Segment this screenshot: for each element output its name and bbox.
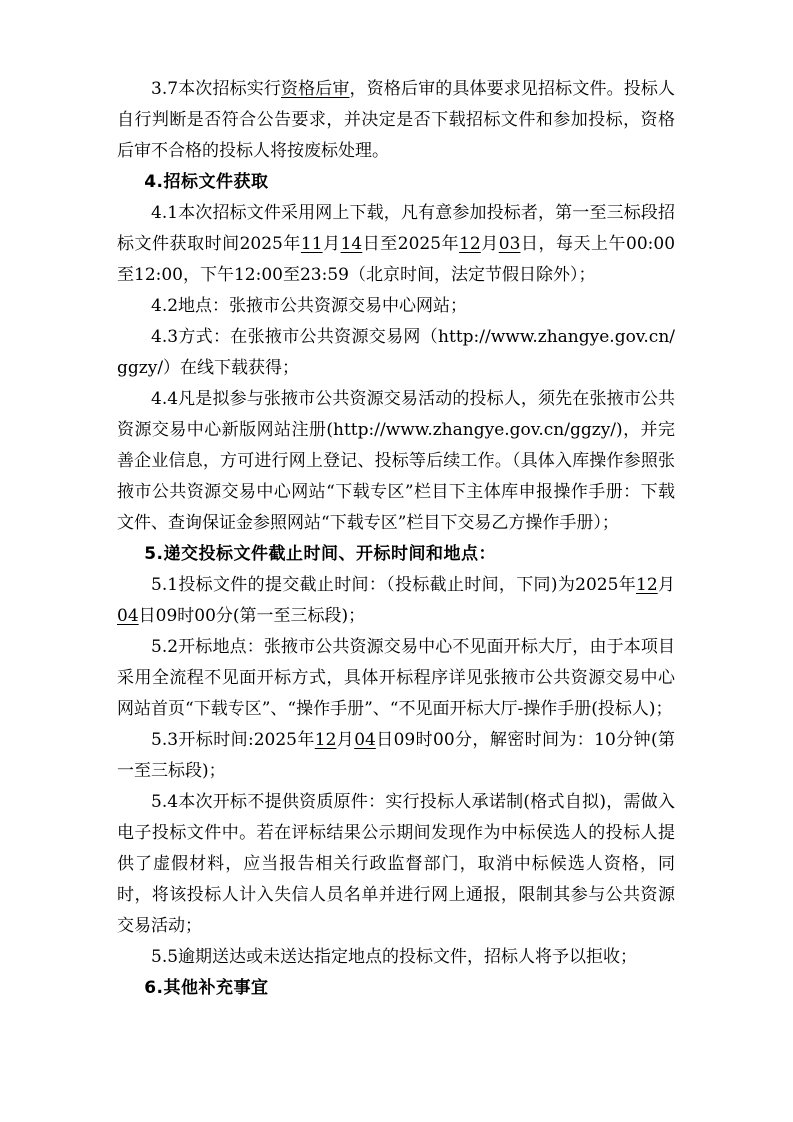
clause-3-7: 3.7本次招标实行资格后审，资格后审的具体要求见招标文件。投标人自行判断是否符合… (117, 74, 675, 167)
text-run: 月 (481, 234, 499, 254)
text-run: 4.招标文件获取 (144, 172, 268, 192)
clause-5-5: 5.5逾期送达或未送达指定地点的投标文件，招标人将予以拒收； (117, 942, 675, 973)
underlined-text-run: 资格后审 (281, 79, 350, 99)
heading-6-other-matters: 6.其他补充事宜 (117, 973, 675, 1004)
text-run: 月 (336, 730, 354, 750)
underlined-text-run: 14 (341, 234, 363, 254)
heading-4-document-acquisition: 4.招标文件获取 (117, 167, 675, 198)
text-run: 5.5逾期送达或未送达指定地点的投标文件，招标人将予以拒收； (151, 947, 637, 967)
document-page: 3.7本次招标实行资格后审，资格后审的具体要求见招标文件。投标人自行判断是否符合… (0, 0, 793, 1122)
underlined-text-run: 12 (459, 234, 481, 254)
underlined-text-run: 03 (499, 234, 521, 254)
clause-5-1: 5.1投标文件的提交截止时间：（投标截止时间，下同)为2025年12月04日09… (117, 570, 675, 632)
text-run: 日09时00分(第一至三标段)； (139, 606, 366, 626)
text-run: 5.2开标地点：张掖市公共资源交易中心不见面开标大厅，由于本项目采用全流程不见面… (117, 637, 675, 719)
text-run: 5.4本次开标不提供资质原件：实行投标人承诺制(格式自拟)，需做入电子投标文件中… (117, 792, 675, 936)
underlined-text-run: 12 (636, 575, 658, 595)
document-content: 3.7本次招标实行资格后审，资格后审的具体要求见招标文件。投标人自行判断是否符合… (117, 74, 675, 1004)
clause-5-2: 5.2开标地点：张掖市公共资源交易中心不见面开标大厅，由于本项目采用全流程不见面… (117, 632, 675, 725)
text-run: 4.2地点：张掖市公共资源交易中心网站； (151, 296, 467, 316)
text-run: 3.7本次招标实行 (151, 79, 281, 99)
underlined-text-run: 04 (354, 730, 376, 750)
clause-4-2: 4.2地点：张掖市公共资源交易中心网站； (117, 291, 675, 322)
text-run: 月 (323, 234, 341, 254)
clause-5-3: 5.3开标时间:2025年12月04日09时00分，解密时间为：10分钟(第一至… (117, 725, 675, 787)
underlined-text-run: 11 (301, 234, 323, 254)
text-run: 5.3开标时间:2025年 (151, 730, 315, 750)
clause-4-1: 4.1本次招标文件采用网上下载，凡有意参加投标者，第一至三标段招标文件获取时间2… (117, 198, 675, 291)
text-run: 月 (658, 575, 675, 595)
text-run: 5.1投标文件的提交截止时间：（投标截止时间，下同)为2025年 (151, 575, 636, 595)
text-run: 6.其他补充事宜 (144, 978, 268, 998)
text-run: 4.4凡是拟参与张掖市公共资源交易活动的投标人，须先在张掖市公共资源交易中心新版… (117, 389, 675, 533)
underlined-text-run: 12 (315, 730, 337, 750)
text-run: 5.递交投标文件截止时间、开标时间和地点： (144, 544, 496, 564)
text-run: 日至2025年 (362, 234, 459, 254)
clause-5-4: 5.4本次开标不提供资质原件：实行投标人承诺制(格式自拟)，需做入电子投标文件中… (117, 787, 675, 942)
text-run: 4.3方式：在张掖市公共资源交易网（http://www.zhangye.gov… (117, 327, 675, 378)
heading-5-submission-deadline: 5.递交投标文件截止时间、开标时间和地点： (117, 539, 675, 570)
clause-4-3: 4.3方式：在张掖市公共资源交易网（http://www.zhangye.gov… (117, 322, 675, 384)
clause-4-4: 4.4凡是拟参与张掖市公共资源交易活动的投标人，须先在张掖市公共资源交易中心新版… (117, 384, 675, 539)
underlined-text-run: 04 (117, 606, 139, 626)
